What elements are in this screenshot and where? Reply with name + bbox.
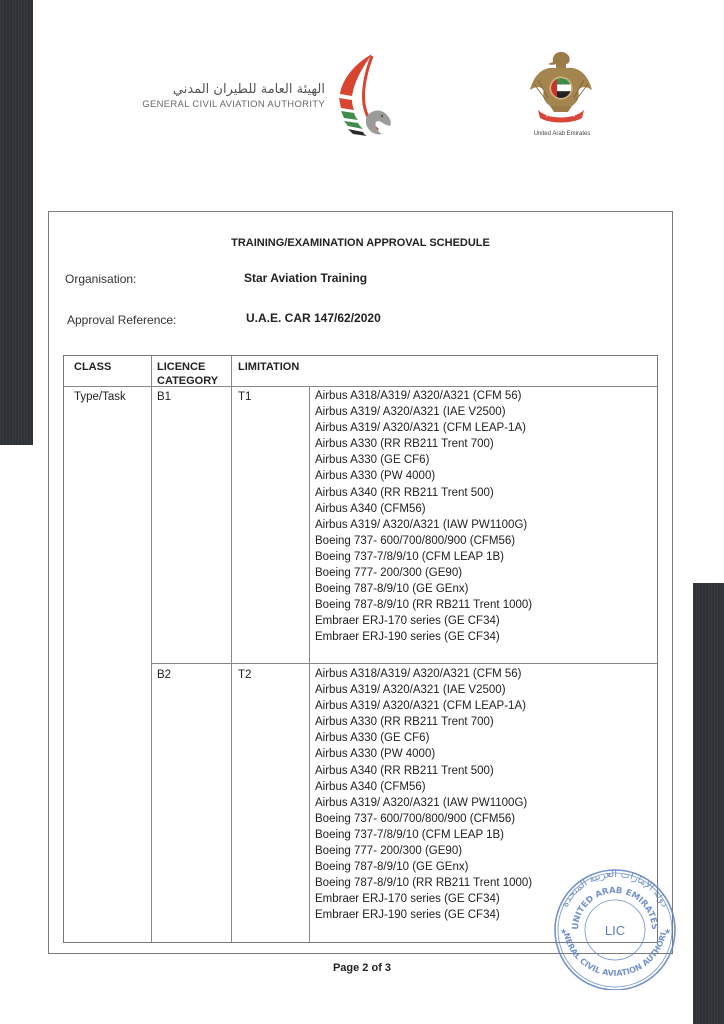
uae-falcon-emblem-icon [528,50,594,128]
approval-reference-label: Approval Reference: [67,313,176,327]
svg-text:★: ★ [560,927,567,936]
aircraft-type-item: Embraer ERJ-170 series (GE CF34) [315,891,532,907]
aircraft-type-item: Embraer ERJ-190 series (GE CF34) [315,629,532,645]
header-licence-category: LICENCE CATEGORY [157,360,218,388]
header-divider [64,386,657,387]
column-divider-category [231,356,232,942]
licence-category-b1: B1 [157,389,171,405]
aircraft-type-item: Airbus A330 (RR RB211 Trent 700) [315,714,532,730]
aircraft-type-item: Airbus A318/A319/ A320/A321 (CFM 56) [315,388,532,404]
aircraft-type-item: Embraer ERJ-190 series (GE CF34) [315,907,532,923]
gcaa-official-stamp-icon: دولة الإمارات العربية المتحدة UNITED ARA… [540,866,690,990]
scan-edge-right [693,583,724,1024]
emblem-caption: United Arab Emirates [512,131,612,137]
aircraft-type-item: Airbus A319/ A320/A321 (CFM LEAP-1A) [315,698,532,714]
aircraft-type-item: Airbus A340 (CFM56) [315,779,532,795]
stamp-center: LIC [605,923,625,938]
class-value: Type/Task [74,389,126,405]
aircraft-type-item: Airbus A340 (RR RB211 Trent 500) [315,763,532,779]
aircraft-type-item: Boeing 787-8/9/10 (GE GEnx) [315,581,532,597]
page-number: Page 2 of 3 [300,962,424,974]
gcaa-name-block: الهيئة العامة للطيران المدني GENERAL CIV… [130,82,325,111]
aircraft-type-item: Boeing 787-8/9/10 (RR RB211 Trent 1000) [315,597,532,613]
gcaa-name-english: GENERAL CIVIL AVIATION AUTHORITY [130,99,325,111]
approval-reference-value: U.A.E. CAR 147/62/2020 [246,311,381,325]
aircraft-type-item: Airbus A330 (GE CF6) [315,730,532,746]
aircraft-type-item: Airbus A319/ A320/A321 (IAE V2500) [315,682,532,698]
aircraft-type-item: Boeing 737- 600/700/800/900 (CFM56) [315,533,532,549]
aircraft-type-item: Airbus A340 (RR RB211 Trent 500) [315,485,532,501]
aircraft-type-item: Boeing 777- 200/300 (GE90) [315,843,532,859]
aircraft-type-item: Boeing 737- 600/700/800/900 (CFM56) [315,811,532,827]
approval-schedule-table: CLASS LICENCE CATEGORY LIMITATION Type/T… [63,355,658,943]
aircraft-type-item: Airbus A319/ A320/A321 (CFM LEAP-1A) [315,420,532,436]
svg-text:★: ★ [664,927,671,936]
column-divider-class [151,356,152,942]
aircraft-type-item: Boeing 777- 200/300 (GE90) [315,565,532,581]
aircraft-type-item: Airbus A340 (CFM56) [315,501,532,517]
header-limitation: LIMITATION [238,360,299,374]
document-title: TRAINING/EXAMINATION APPROVAL SCHEDULE [48,237,673,249]
gcaa-name-arabic: الهيئة العامة للطيران المدني [130,82,325,98]
aircraft-type-item: Airbus A319/ A320/A321 (IAE V2500) [315,404,532,420]
gcaa-falcon-logo-icon [332,52,396,142]
limitation-code-t1: T1 [238,389,251,405]
header-licence-line1: LICENCE [157,360,218,374]
aircraft-type-item: Airbus A330 (PW 4000) [315,746,532,762]
aircraft-type-item: Boeing 737-7/8/9/10 (CFM LEAP 1B) [315,827,532,843]
aircraft-type-item: Airbus A319/ A320/A321 (IAW PW1100G) [315,795,532,811]
aircraft-type-item: Boeing 787-8/9/10 (RR RB211 Trent 1000) [315,875,532,891]
limitation-code-t2: T2 [238,667,251,683]
row-divider [151,663,657,664]
aircraft-type-item: Embraer ERJ-170 series (GE CF34) [315,613,532,629]
header-class: CLASS [74,360,111,374]
aircraft-type-item: Boeing 787-8/9/10 (GE GEnx) [315,859,532,875]
scan-edge-left [0,0,33,445]
column-divider-limitation [309,386,310,942]
aircraft-type-item: Airbus A319/ A320/A321 (IAW PW1100G) [315,517,532,533]
aircraft-type-item: Airbus A330 (GE CF6) [315,452,532,468]
licence-category-b2: B2 [157,667,171,683]
aircraft-list-b1: Airbus A318/A319/ A320/A321 (CFM 56)Airb… [315,388,532,646]
aircraft-type-item: Boeing 737-7/8/9/10 (CFM LEAP 1B) [315,549,532,565]
organisation-label: Organisation: [65,272,136,286]
aircraft-type-item: Airbus A330 (RR RB211 Trent 700) [315,436,532,452]
aircraft-type-item: Airbus A330 (PW 4000) [315,468,532,484]
aircraft-type-item: Airbus A318/A319/ A320/A321 (CFM 56) [315,666,532,682]
organisation-value: Star Aviation Training [244,271,367,285]
aircraft-list-b2: Airbus A318/A319/ A320/A321 (CFM 56)Airb… [315,666,532,924]
header-licence-line2: CATEGORY [157,374,218,388]
